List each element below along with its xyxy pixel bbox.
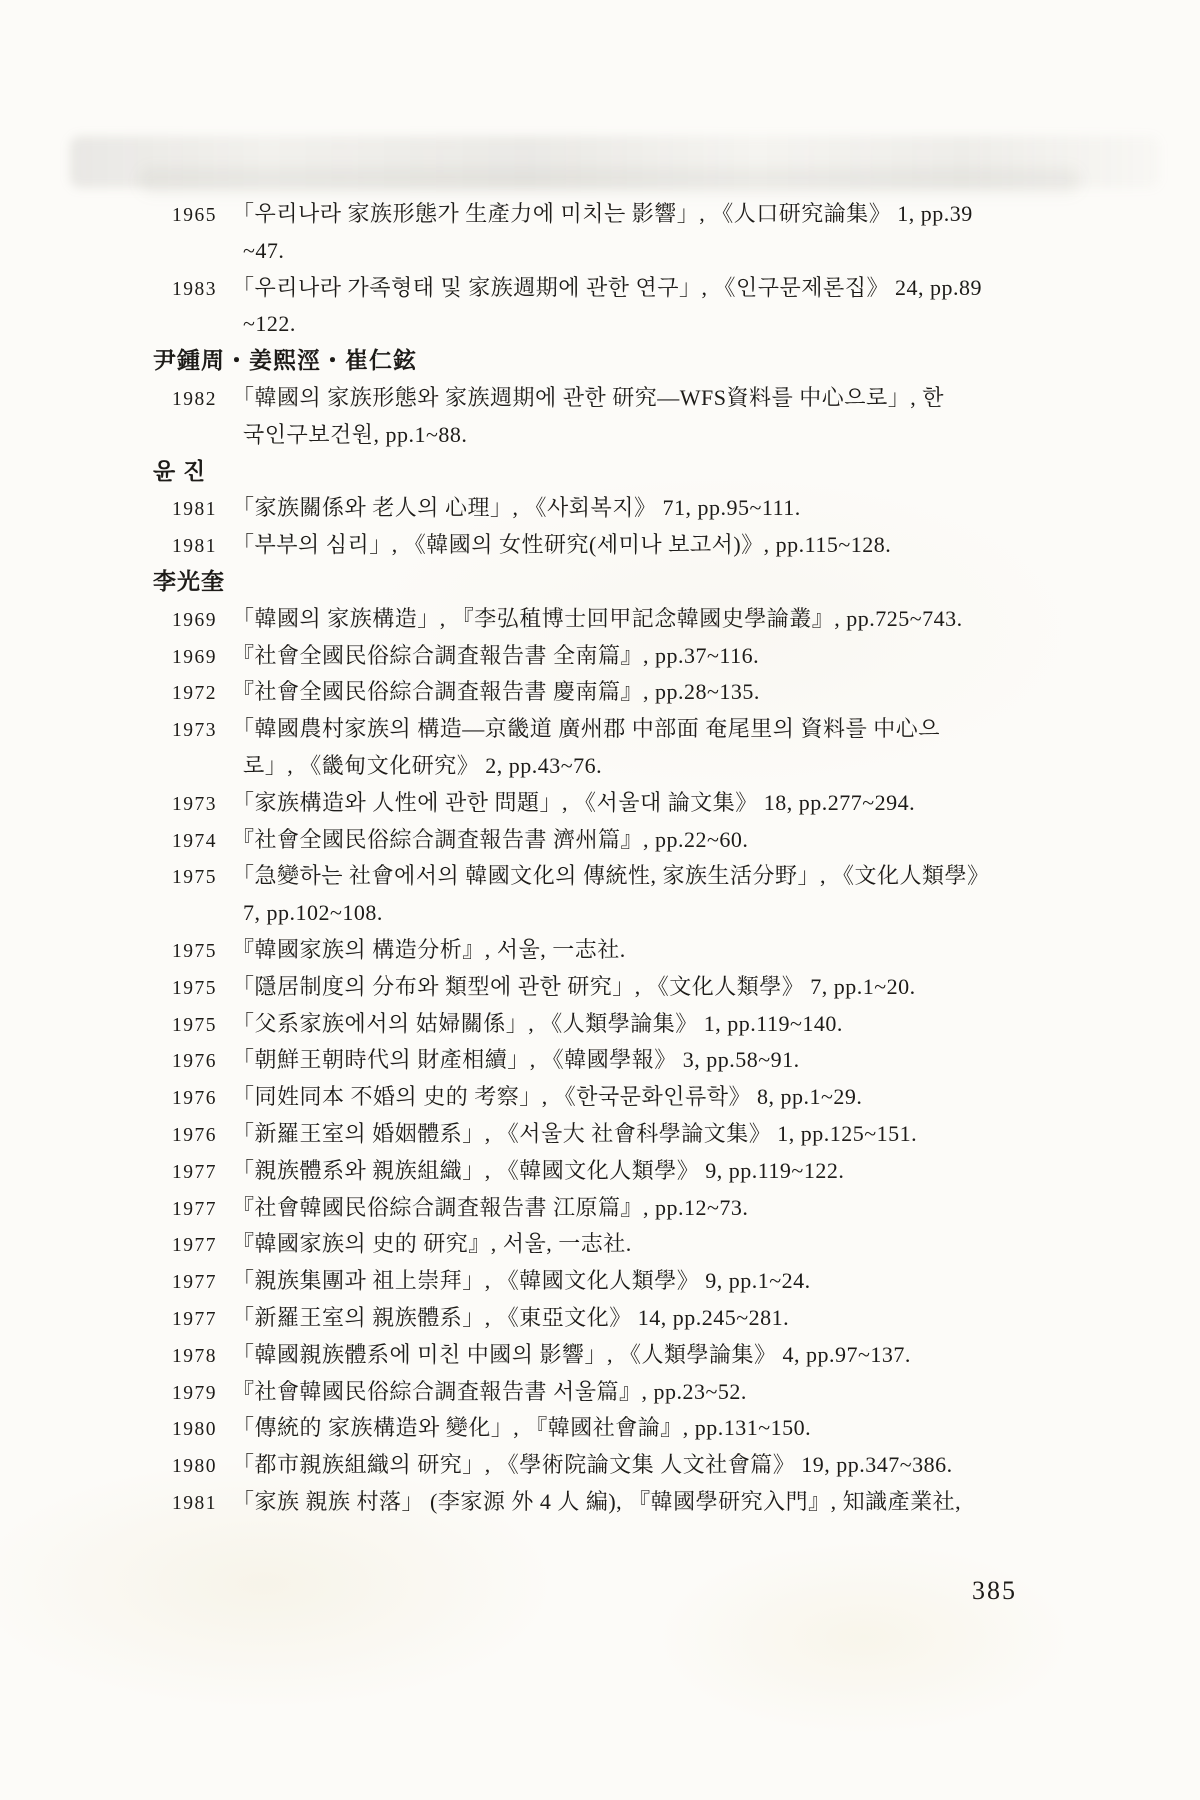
entry-text: 「傳統的 家族構造와 變化」, 『韓國社會論』, pp.131~150. [232, 1415, 811, 1440]
entry-year: 1980 [172, 1412, 232, 1449]
bib-entry-line: 1976「新羅王室의 婚姻體系」, 《서울大 社會科學論文集》 1, pp.12… [153, 1116, 1163, 1153]
entry-text: 「都市親族組織의 研究」, 《學術院論文集 人文社會篇》 19, pp.347~… [232, 1452, 953, 1477]
entry-text: 「新羅王室의 親族體系」, 《東亞文化》 14, pp.245~281. [232, 1305, 789, 1330]
author-heading: 윤 진 [153, 454, 1163, 491]
entry-year: 1978 [172, 1339, 232, 1376]
entry-text: 「隱居制度의 分布와 類型에 관한 研究」, 《文化人類學》 7, pp.1~2… [232, 974, 916, 999]
entry-year: 1983 [172, 272, 232, 309]
entry-year: 1972 [172, 676, 232, 713]
bib-entry-line: 1977「親族集團과 祖上崇拜」, 《韓國文化人類學》 9, pp.1~24. [153, 1263, 1163, 1300]
entry-text: 「家族關係와 老人의 心理」, 《사회복지》 71, pp.95~111. [232, 495, 801, 520]
bib-entry-line: 1972『社會全國民俗綜合調査報告書 慶南篇』, pp.28~135. [153, 674, 1163, 711]
bib-entry-line: 1975「父系家族에서의 姑婦關係」, 《人類學論集》 1, pp.119~14… [153, 1006, 1163, 1043]
entry-year: 1975 [172, 934, 232, 971]
bib-entry-line: 1965「우리나라 家族形態가 生產力에 미치는 影響」, 《人口研究論集》 1… [153, 196, 1163, 233]
entry-text: 「우리나라 가족형태 및 家族週期에 관한 연구」, 《인구문제론집》 24, … [232, 275, 982, 300]
entry-text: 「親族體系와 親族組織」, 《韓國文化人類學》 9, pp.119~122. [232, 1158, 844, 1183]
entry-continuation: 7, pp.102~108. [243, 895, 1163, 932]
entry-text: 「韓國農村家族의 構造—京畿道 廣州郡 中部面 奄尾里의 資料를 中心으 [232, 716, 940, 741]
bib-entry-line: 1975「隱居制度의 分布와 類型에 관한 研究」, 《文化人類學》 7, pp… [153, 969, 1163, 1006]
entry-text: 『社會全國民俗綜合調査報告書 全南篇』, pp.37~116. [232, 643, 759, 668]
bib-entry-line: 1980「傳統的 家族構造와 變化」, 『韓國社會論』, pp.131~150. [153, 1410, 1163, 1447]
scan-artifact-band-2 [140, 168, 1080, 194]
entry-text: 「同姓同本 不婚의 史的 考察」, 《한국문화인류학》 8, pp.1~29. [232, 1084, 862, 1109]
entry-year: 1976 [172, 1118, 232, 1155]
entry-year: 1979 [172, 1376, 232, 1413]
entry-year: 1975 [172, 860, 232, 897]
bib-entry-line: 1977「親族體系와 親族組織」, 《韓國文化人類學》 9, pp.119~12… [153, 1153, 1163, 1190]
bib-entry-line: 1977「新羅王室의 親族體系」, 《東亞文化》 14, pp.245~281. [153, 1300, 1163, 1337]
bib-entry-line: 1973「家族構造와 人性에 관한 問題」, 《서울대 論文集》 18, pp.… [153, 785, 1163, 822]
entry-year: 1977 [172, 1155, 232, 1192]
entry-year: 1977 [172, 1192, 232, 1229]
entry-year: 1981 [172, 529, 232, 566]
bib-entry-line: 1975「急變하는 社會에서의 韓國文化의 傳統性, 家族生活分野」, 《文化人… [153, 858, 1163, 895]
entry-year: 1982 [172, 382, 232, 419]
entry-text: 『社會全國民俗綜合調査報告書 濟州篇』, pp.22~60. [232, 827, 748, 852]
bib-entry-line: 1969『社會全國民俗綜合調査報告書 全南篇』, pp.37~116. [153, 638, 1163, 675]
bib-entry-line: 1975『韓國家族의 構造分析』, 서울, 一志社. [153, 932, 1163, 969]
entry-continuation: ~47. [243, 233, 1163, 270]
entry-text: 「韓國의 家族構造」, 『李弘稙博士回甲記念韓國史學論叢』, pp.725~74… [232, 606, 963, 631]
bib-entry-line: 1974『社會全國民俗綜合調査報告書 濟州篇』, pp.22~60. [153, 822, 1163, 859]
entry-text: 『韓國家族의 史的 研究』, 서울, 一志社. [232, 1231, 632, 1256]
entry-text: 「新羅王室의 婚姻體系」, 《서울大 社會科學論文集》 1, pp.125~15… [232, 1121, 917, 1146]
entry-text: 「朝鮮王朝時代의 財產相續」, 《韓國學報》 3, pp.58~91. [232, 1047, 800, 1072]
entry-text: 『社會韓國民俗綜合調査報告書 서울篇』, pp.23~52. [232, 1379, 747, 1404]
bib-entry-line: 1976「同姓同本 不婚의 史的 考察」, 《한국문화인류학》 8, pp.1~… [153, 1079, 1163, 1116]
bibliography: 1965「우리나라 家族形態가 生產力에 미치는 影響」, 《人口研究論集》 1… [153, 196, 1163, 1521]
entry-year: 1977 [172, 1265, 232, 1302]
entry-text: 「우리나라 家族形態가 生產力에 미치는 影響」, 《人口研究論集》 1, pp… [232, 201, 973, 226]
entry-year: 1981 [172, 492, 232, 529]
entry-continuation: ~122. [243, 306, 1163, 343]
bib-entry-line: 1981「부부의 심리」, 《韓國의 女性研究(세미나 보고서)》, pp.11… [153, 527, 1163, 564]
entry-text: 「急變하는 社會에서의 韓國文化의 傳統性, 家族生活分野」, 《文化人類學》 [232, 863, 990, 888]
entry-year: 1977 [172, 1302, 232, 1339]
entry-year: 1976 [172, 1081, 232, 1118]
bib-entry-line: 1977『韓國家族의 史的 研究』, 서울, 一志社. [153, 1226, 1163, 1263]
entry-continuation: 국인구보건원, pp.1~88. [243, 417, 1163, 454]
bib-entry-line: 1981「家族關係와 老人의 心理」, 《사회복지》 71, pp.95~111… [153, 490, 1163, 527]
author-heading: 尹鍾周・姜熙涇・崔仁鉉 [153, 343, 1163, 380]
entry-year: 1969 [172, 640, 232, 677]
entry-text: 「韓國親族體系에 미친 中國의 影響」, 《人類學論集》 4, pp.97~13… [232, 1342, 911, 1367]
entry-year: 1977 [172, 1228, 232, 1265]
entry-text: 「韓國의 家族形態와 家族週期에 관한 研究—WFS資料를 中心으로」, 한 [232, 385, 944, 410]
bib-entry-line: 1978「韓國親族體系에 미친 中國의 影響」, 《人類學論集》 4, pp.9… [153, 1337, 1163, 1374]
entry-year: 1975 [172, 971, 232, 1008]
entry-year: 1976 [172, 1044, 232, 1081]
entry-text: 『社會韓國民俗綜合調査報告書 江原篇』, pp.12~73. [232, 1195, 748, 1220]
bib-entry-line: 1977『社會韓國民俗綜合調査報告書 江原篇』, pp.12~73. [153, 1190, 1163, 1227]
bib-entry-line: 1969「韓國의 家族構造」, 『李弘稙博士回甲記念韓國史學論叢』, pp.72… [153, 601, 1163, 638]
entry-year: 1965 [172, 198, 232, 235]
bib-entry-line: 1973「韓國農村家族의 構造—京畿道 廣州郡 中部面 奄尾里의 資料를 中心으 [153, 711, 1163, 748]
entry-text: 『韓國家族의 構造分析』, 서울, 一志社. [232, 937, 626, 962]
entry-year: 1975 [172, 1008, 232, 1045]
entry-text: 「家族 親族 村落」 (李家源 外 4 人 編), 『韓國學研究入門』, 知識產… [232, 1489, 961, 1514]
page-number: 385 [972, 1576, 1017, 1606]
entry-text: 「親族集團과 祖上崇拜」, 《韓國文化人類學》 9, pp.1~24. [232, 1268, 811, 1293]
entry-text: 「부부의 심리」, 《韓國의 女性研究(세미나 보고서)》, pp.115~12… [232, 532, 891, 557]
entry-year: 1973 [172, 787, 232, 824]
scanned-page: 1965「우리나라 家族形態가 生產力에 미치는 影響」, 《人口研究論集》 1… [0, 0, 1200, 1800]
entry-year: 1981 [172, 1486, 232, 1523]
entry-year: 1973 [172, 713, 232, 750]
entry-year: 1974 [172, 824, 232, 861]
entry-text: 『社會全國民俗綜合調査報告書 慶南篇』, pp.28~135. [232, 679, 760, 704]
bib-entry-line: 1979『社會韓國民俗綜合調査報告書 서울篇』, pp.23~52. [153, 1374, 1163, 1411]
bib-entry-line: 1980「都市親族組織의 研究」, 《學術院論文集 人文社會篇》 19, pp.… [153, 1447, 1163, 1484]
bib-entry-line: 1976「朝鮮王朝時代의 財產相續」, 《韓國學報》 3, pp.58~91. [153, 1042, 1163, 1079]
author-heading: 李光奎 [153, 564, 1163, 601]
bib-entry-line: 1982「韓國의 家族形態와 家族週期에 관한 研究—WFS資料를 中心으로」,… [153, 380, 1163, 417]
bib-entry-line: 1981「家族 親族 村落」 (李家源 外 4 人 編), 『韓國學研究入門』,… [153, 1484, 1163, 1521]
bib-entry-line: 1983「우리나라 가족형태 및 家族週期에 관한 연구」, 《인구문제론집》 … [153, 270, 1163, 307]
entry-year: 1969 [172, 603, 232, 640]
entry-text: 「家族構造와 人性에 관한 問題」, 《서울대 論文集》 18, pp.277~… [232, 790, 915, 815]
entry-continuation: 로」, 《畿甸文化研究》 2, pp.43~76. [243, 748, 1163, 785]
entry-year: 1980 [172, 1449, 232, 1486]
entry-text: 「父系家族에서의 姑婦關係」, 《人類學論集》 1, pp.119~140. [232, 1011, 843, 1036]
